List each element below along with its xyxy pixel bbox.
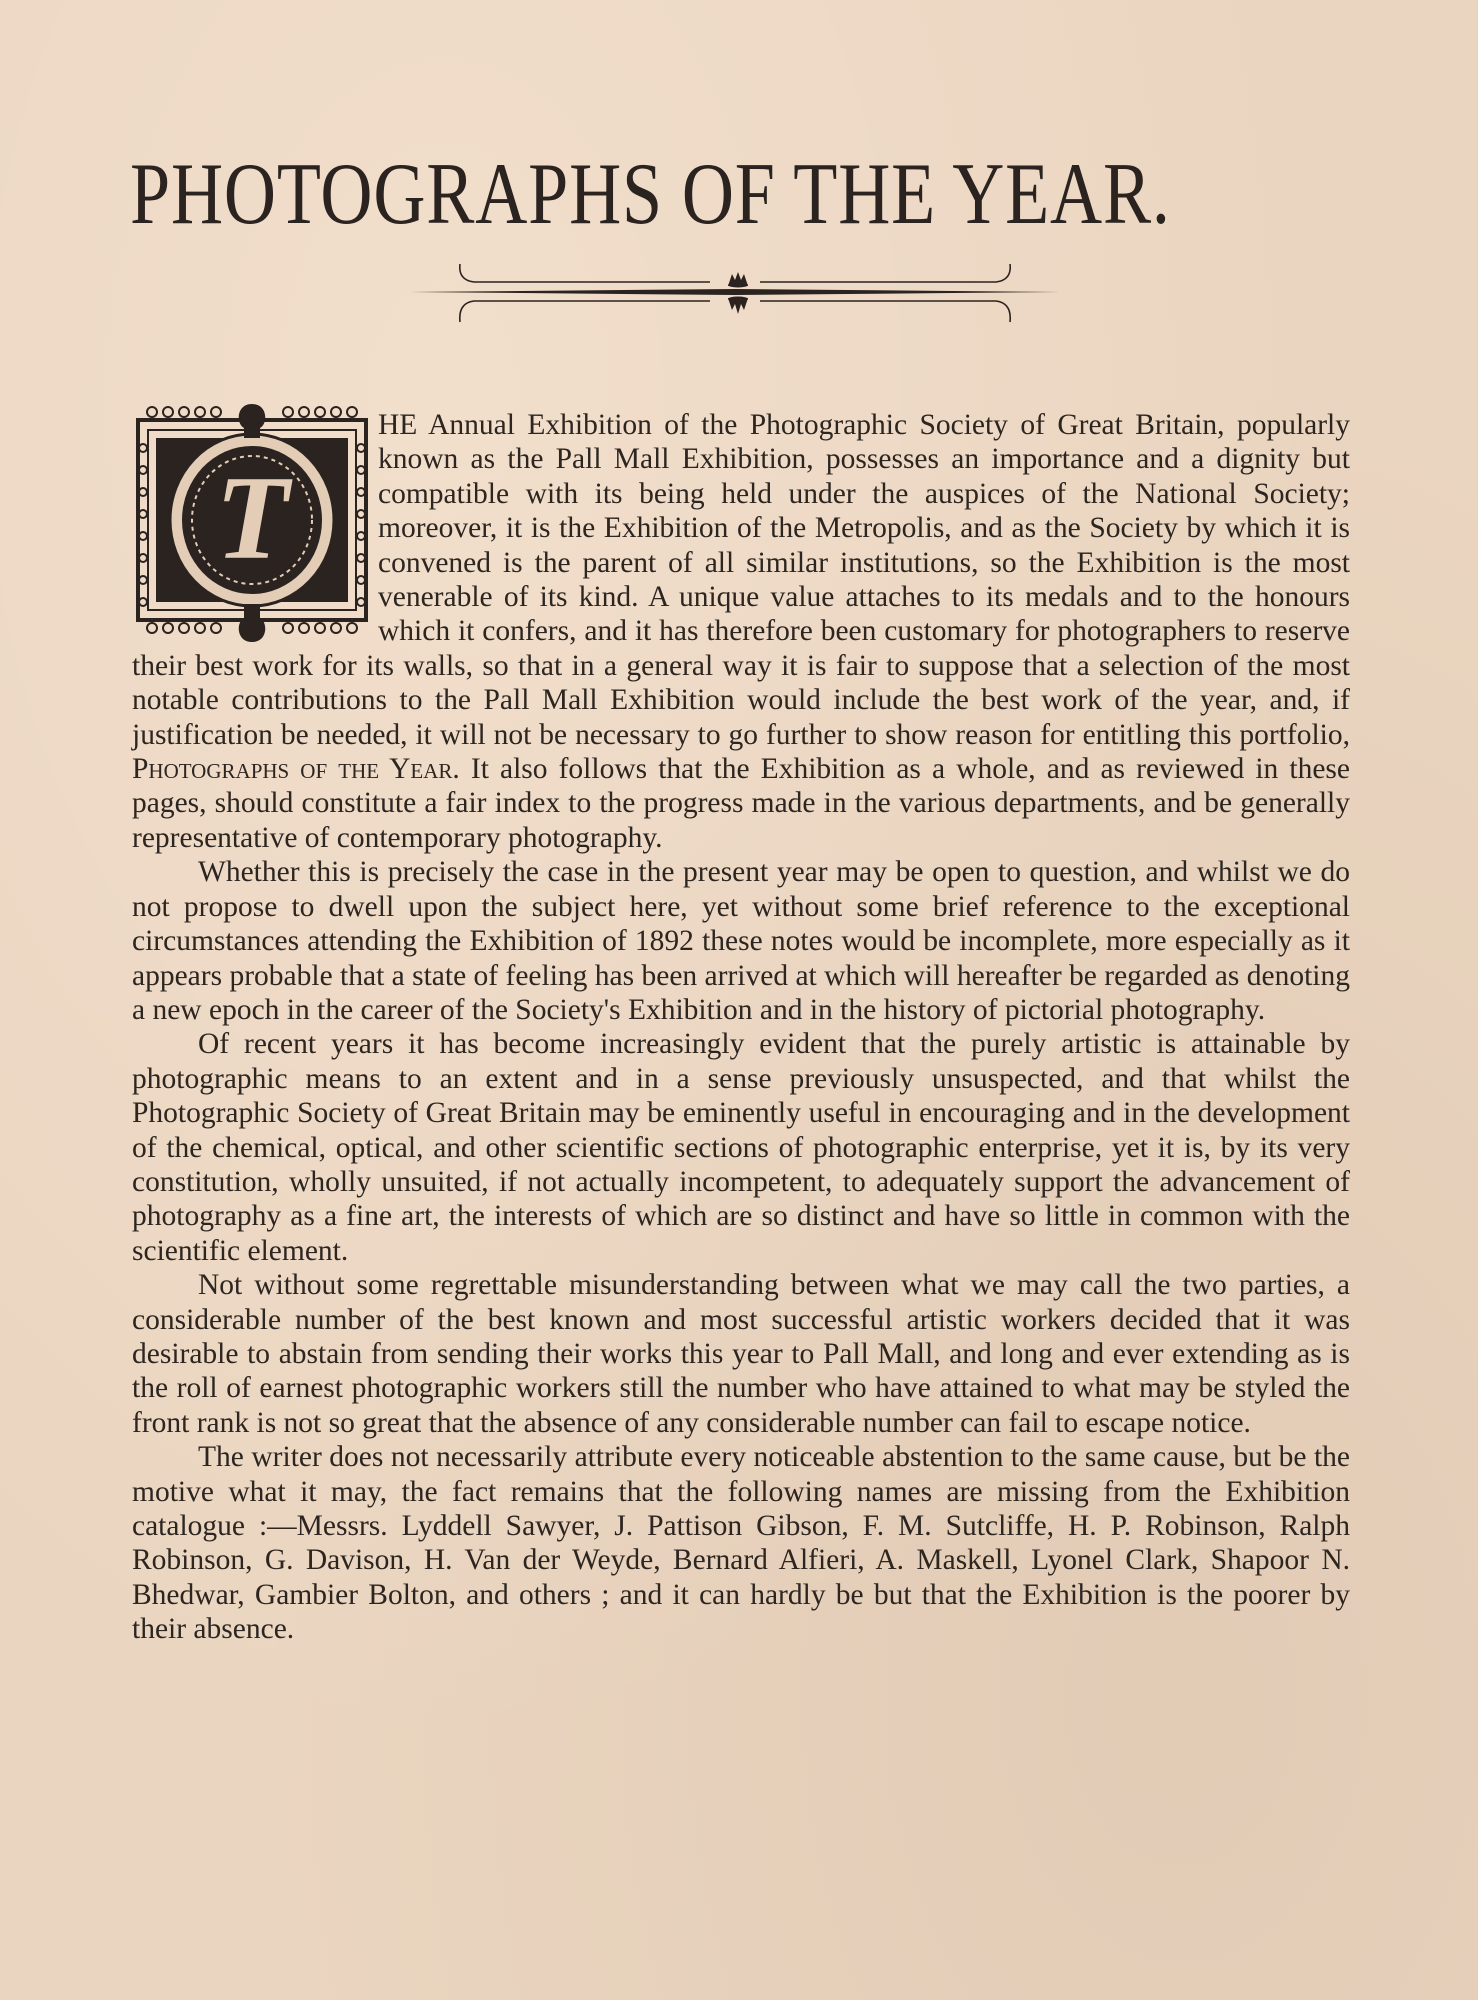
portfolio-title-small-caps: Photographs of the Year. bbox=[132, 753, 460, 785]
article-body: HE Annual Exhibition of the Photographic… bbox=[132, 408, 1350, 1647]
paragraph-5: The writer does not necessarily attribut… bbox=[132, 1440, 1350, 1646]
paragraph-2: Whether this is precisely the case in th… bbox=[132, 855, 1350, 1027]
document-page: PHOTOGRAPHS OF THE YEAR. T bbox=[0, 0, 1478, 2000]
paragraph-3: Of recent years it has become increasing… bbox=[132, 1027, 1350, 1268]
paragraph-4: Not without some regrettable misundersta… bbox=[132, 1268, 1350, 1440]
drop-cap-space bbox=[132, 402, 378, 638]
page-title: PHOTOGRAPHS OF THE YEAR. bbox=[130, 151, 1130, 239]
paragraph-1: HE Annual Exhibition of the Photographic… bbox=[132, 408, 1350, 855]
ornamental-divider-icon bbox=[410, 258, 1060, 328]
